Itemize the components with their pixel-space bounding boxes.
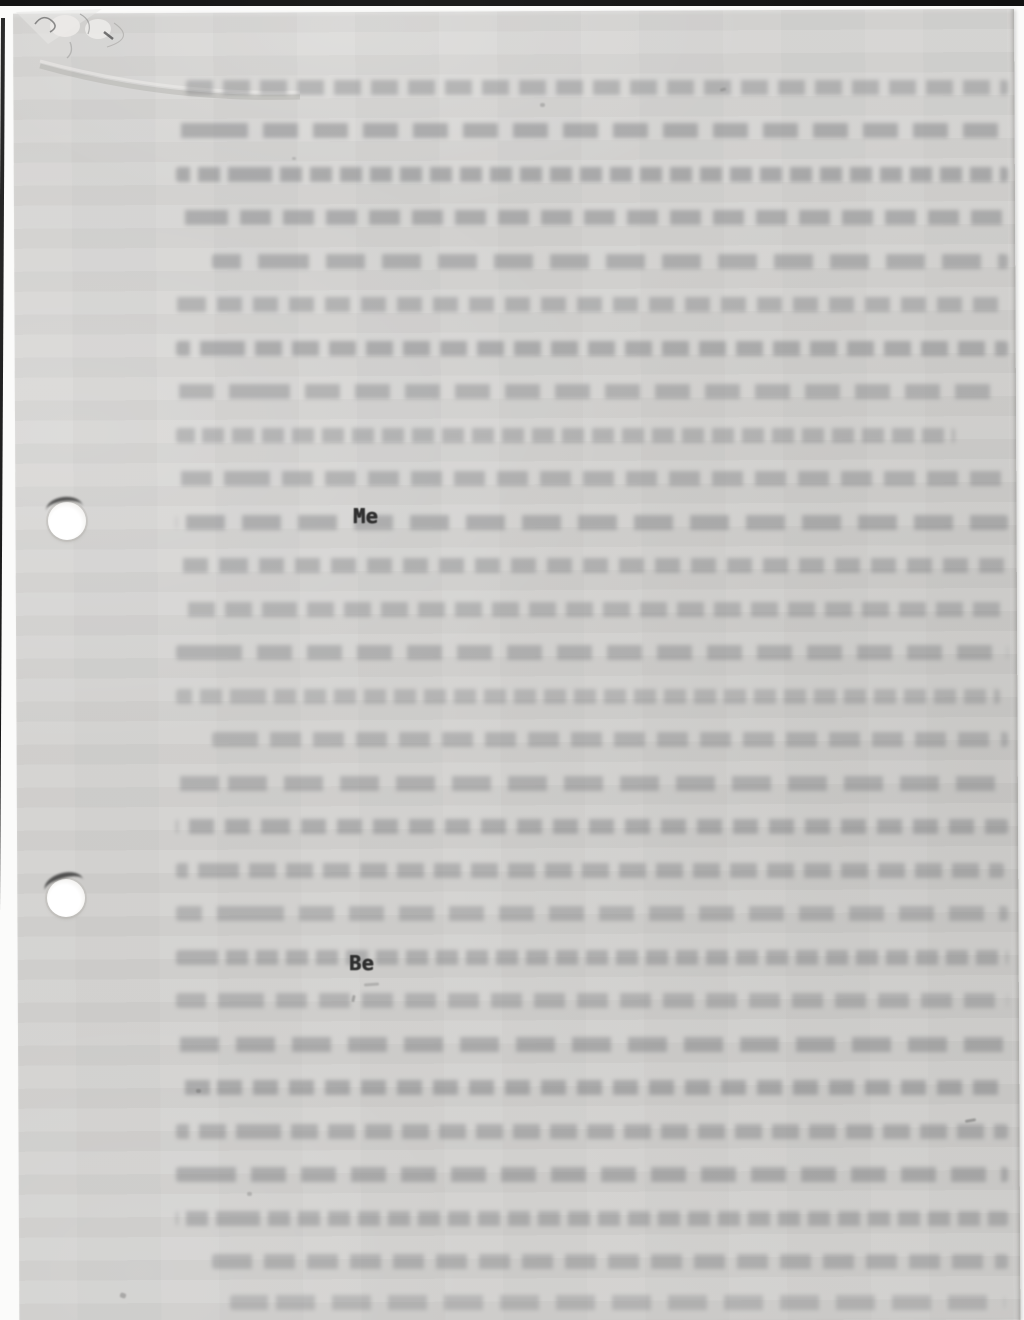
illegible-text-line [176,297,1008,312]
illegible-text-line [176,515,1008,530]
faded-text-block [0,0,1024,1320]
illegible-text-line [176,1080,1000,1095]
illegible-text-line [176,993,1008,1008]
illegible-text-line [176,863,1004,878]
illegible-text-line [176,210,1005,225]
illegible-text-line [176,1167,1008,1182]
illegible-text-line [176,645,1008,660]
dirt-speck [247,1192,252,1196]
illegible-text-line [212,1254,1008,1269]
illegible-text-line [176,950,1008,965]
dirt-speck [364,982,379,986]
dirt-speck [965,1118,976,1123]
illegible-text-line [176,1211,1008,1226]
illegible-text-line [186,602,1008,617]
illegible-text-line [176,558,1008,573]
illegible-text-line [176,689,1000,704]
dirt-speck [119,1292,126,1299]
dirt-speck [292,157,296,160]
illegible-text-line [176,819,1008,834]
dirt-speck [196,1089,201,1093]
illegible-text-line [186,80,1008,95]
dirt-speck [540,103,545,107]
illegible-text-line [176,1037,1008,1052]
illegible-text-line [176,1124,1008,1139]
illegible-text-line [176,776,1008,791]
illegible-text-line [176,341,1008,356]
illegible-text-line [176,428,955,443]
scanned-document-page: Me Be [0,0,1024,1320]
illegible-text-line [176,906,1008,921]
legible-mark-be: Be [349,952,374,974]
illegible-text-line [230,1295,1005,1310]
illegible-text-line [176,123,1008,138]
illegible-text-line [176,167,1008,182]
legible-mark-me: Me [353,505,378,527]
illegible-text-line [212,254,1008,269]
illegible-text-line [212,732,1008,747]
page-content-layer: Me Be [0,0,1024,1320]
illegible-text-line [176,384,1002,399]
illegible-text-line [176,471,1008,486]
